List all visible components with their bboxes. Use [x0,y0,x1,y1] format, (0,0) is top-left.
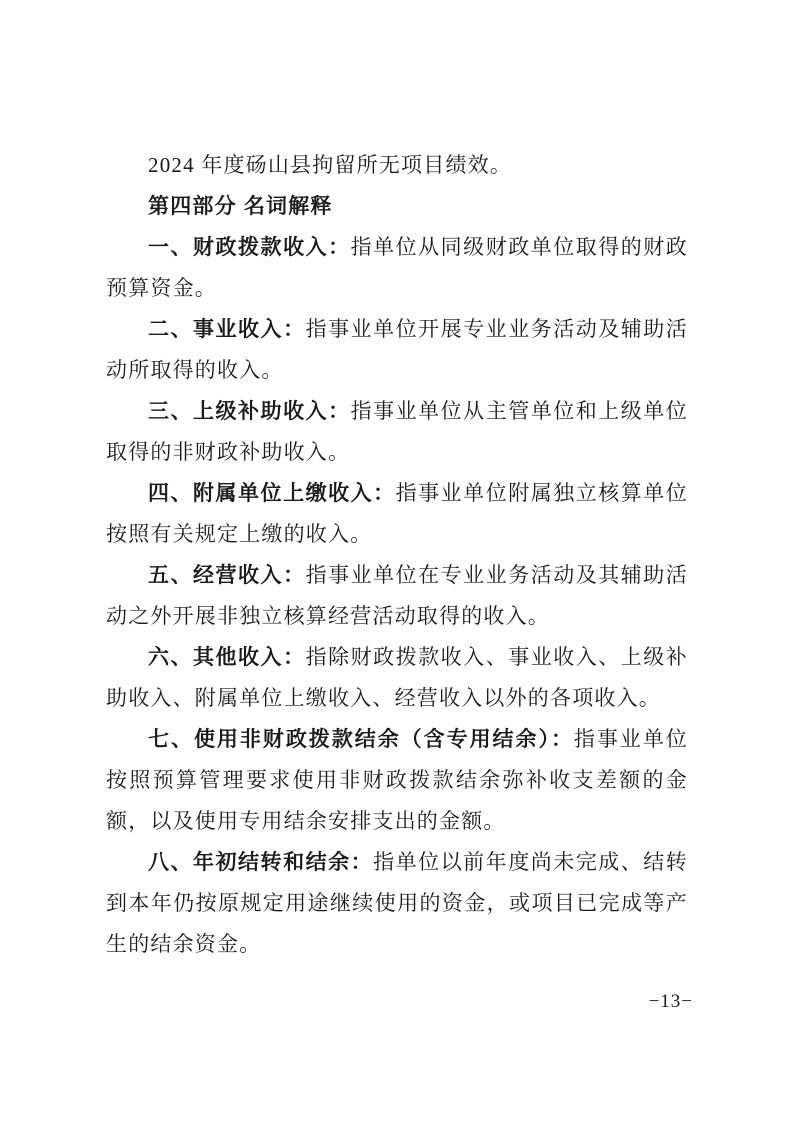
document-body: 2024 年度砀山县拘留所无项目绩效。 第四部分 名词解释 一、财政拨款收入：指… [106,145,688,965]
intro-paragraph: 2024 年度砀山县拘留所无项目绩效。 [106,145,688,186]
page-number: −13− [649,991,693,1013]
term-label: 二、事业收入： [148,317,306,341]
term-paragraph-1: 一、财政拨款收入：指单位从同级财政单位取得的财政预算资金。 [106,227,688,309]
term-label: 八、年初结转和结余： [148,850,373,874]
term-paragraph-2: 二、事业收入：指事业单位开展专业业务活动及辅助活动所取得的收入。 [106,309,688,391]
term-label: 四、附属单位上缴收入： [148,481,396,505]
term-paragraph-4: 四、附属单位上缴收入：指事业单位附属独立核算单位按照有关规定上缴的收入。 [106,473,688,555]
term-paragraph-6: 六、其他收入：指除财政拨款收入、事业收入、上级补助收入、附属单位上缴收入、经营收… [106,637,688,719]
term-label: 三、上级补助收入： [148,399,351,423]
term-label: 六、其他收入： [148,645,306,669]
term-paragraph-3: 三、上级补助收入：指事业单位从主管单位和上级单位取得的非财政补助收入。 [106,391,688,473]
document-page: 2024 年度砀山县拘留所无项目绩效。 第四部分 名词解释 一、财政拨款收入：指… [0,0,793,1122]
term-paragraph-5: 五、经营收入：指事业单位在专业业务活动及其辅助活动之外开展非独立核算经营活动取得… [106,555,688,637]
term-paragraph-8: 八、年初结转和结余：指单位以前年度尚未完成、结转到本年仍按原规定用途继续使用的资… [106,842,688,965]
section-heading: 第四部分 名词解释 [106,186,688,227]
term-label: 五、经营收入： [148,563,306,587]
term-label: 一、财政拨款收入： [148,235,351,259]
term-paragraph-7: 七、使用非财政拨款结余（含专用结余）：指事业单位按照预算管理要求使用非财政拨款结… [106,719,688,842]
term-label: 七、使用非财政拨款结余（含专用结余）： [148,727,574,751]
